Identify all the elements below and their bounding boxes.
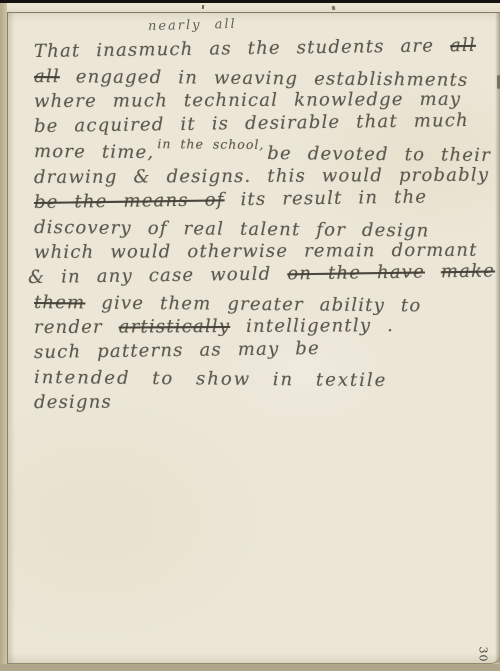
page-backing-left <box>0 3 7 671</box>
struck-text: on the have <box>287 261 425 284</box>
handwritten-text <box>425 261 441 282</box>
manuscript-line: discovery of real talent for design <box>34 219 486 241</box>
handwritten-text: drawing & designs. this would probably <box>34 165 489 188</box>
inserted-text: in the school, <box>157 135 264 154</box>
manuscript-page: nearly all That inasmuch as the students… <box>7 13 500 664</box>
manuscript-line: be acquired it is desirable that much <box>34 112 486 136</box>
manuscript-line: intended to show in textile <box>34 369 486 391</box>
handwritten-text: give them greater ability to <box>85 292 421 316</box>
handwritten-text: designs <box>34 392 112 413</box>
inserted-annotation: nearly all <box>148 17 237 34</box>
page-backing-bottom <box>0 664 500 671</box>
handwritten-text: where much technical knowledge may <box>34 89 461 112</box>
handwritten-text: render <box>34 317 119 338</box>
manuscript-line: them give them greater ability to <box>34 294 486 316</box>
handwritten-text: more time, <box>34 141 155 163</box>
handwritten-text: be acquired it is desirable that much <box>34 110 469 137</box>
manuscript-line: such patterns as may be <box>34 338 486 362</box>
manuscript-line: designs <box>34 392 486 412</box>
manuscript-line: That inasmuch as the students are all <box>34 37 486 61</box>
adjacent-page-edge <box>0 3 500 13</box>
handwritten-text: such patterns as may be <box>34 338 320 363</box>
struck-text: artistically <box>119 316 231 338</box>
struck-text: make <box>441 260 495 282</box>
manuscript-text: That inasmuch as the students are allall… <box>34 43 486 419</box>
struck-text: be the means of <box>34 189 225 213</box>
handwritten-text: engaged in weaving establishments <box>60 66 469 91</box>
manuscript-line: & in any case would on the have make <box>28 263 486 287</box>
handwritten-text: be devoted to their <box>267 143 500 166</box>
manuscript-line: all engaged in weaving establishments <box>34 68 486 90</box>
manuscript-line: render artistically intelligently . <box>34 317 486 337</box>
right-edge-shadow <box>495 13 500 663</box>
struck-text: all <box>450 35 476 56</box>
handwritten-text: its result in the <box>224 187 427 211</box>
handwritten-text: which would otherwise remain dormant <box>34 240 478 263</box>
handwritten-text: That inasmuch as the students are <box>34 35 450 62</box>
manuscript-line: which would otherwise remain dormant <box>34 242 486 262</box>
page-number: 30 <box>477 647 490 663</box>
handwritten-text: intended to show in textile <box>34 367 388 391</box>
handwritten-text: & in any case would <box>28 263 288 288</box>
edge-tick-mark <box>202 5 205 9</box>
handwritten-text: intelligently . <box>230 315 394 337</box>
struck-text: all <box>34 66 60 87</box>
manuscript-line: more time,in the school,be devoted to th… <box>34 143 486 166</box>
manuscript-line: be the means of its result in the <box>34 188 486 212</box>
edge-tick-mark <box>332 6 336 11</box>
manuscript-scan: nearly all That inasmuch as the students… <box>0 0 500 671</box>
manuscript-line: where much technical knowledge may <box>34 91 486 111</box>
struck-text: them <box>34 292 86 313</box>
handwritten-text: discovery of real talent for design <box>34 217 430 241</box>
manuscript-line: drawing & designs. this would probably <box>34 167 486 187</box>
